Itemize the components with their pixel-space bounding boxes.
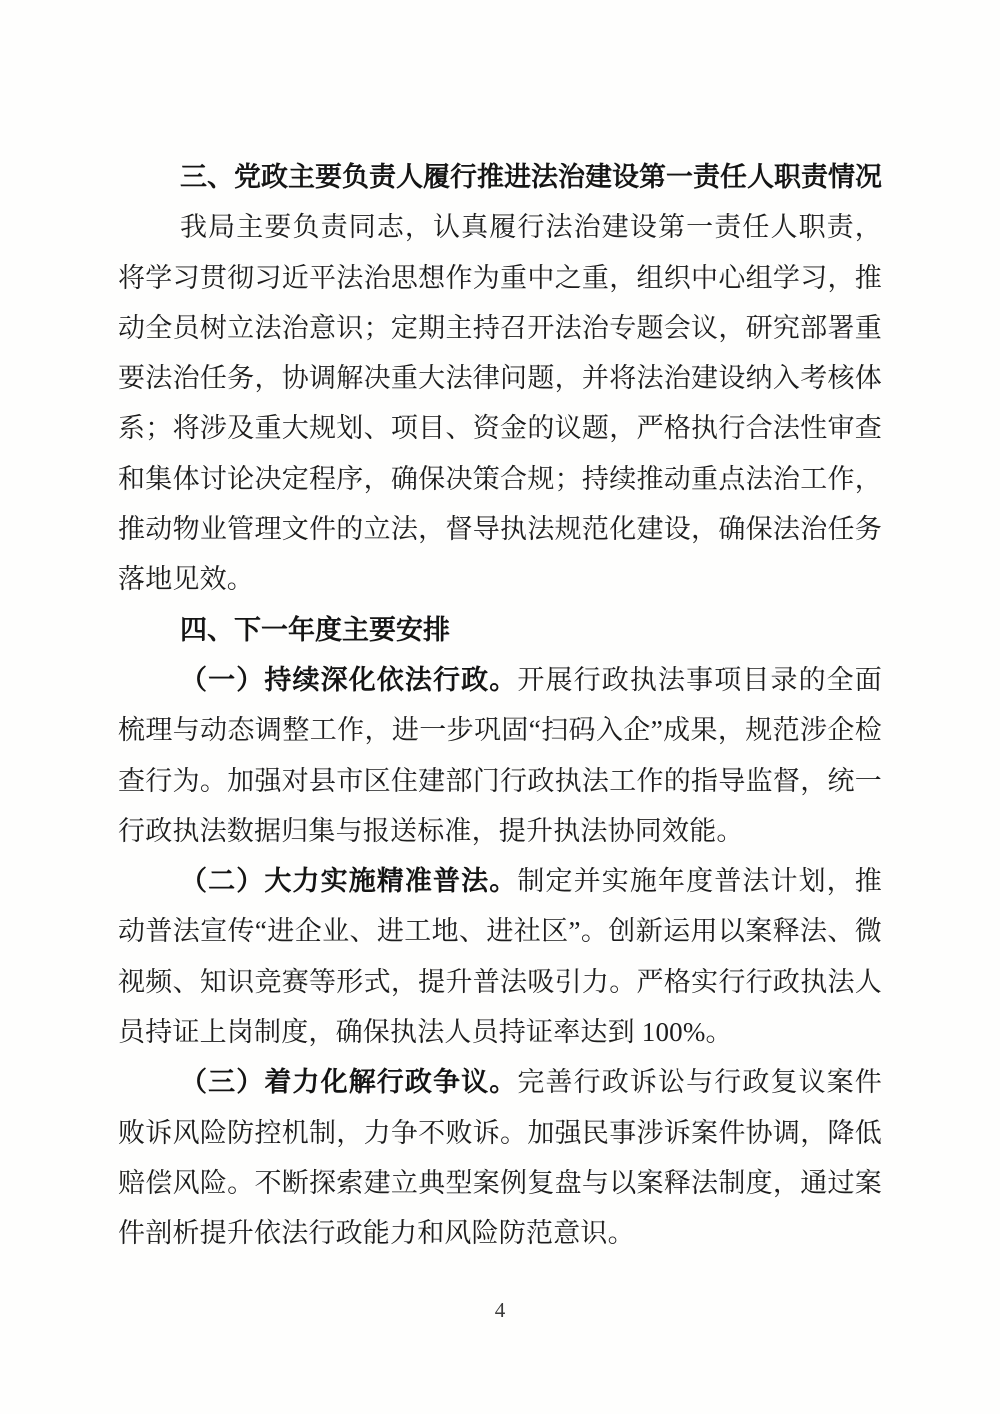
paragraph-plan-item-1: （一）持续深化依法行政。开展行政执法事项目录的全面梳理与动态调整工作，进一步巩固…: [118, 655, 882, 856]
paragraph-lead-deepen-administration: （一）持续深化依法行政。: [180, 665, 517, 695]
document-page: 三、党政主要负责人履行推进法治建设第一责任人职责情况 我局主要负责同志，认真履行…: [0, 0, 1000, 1414]
section-heading-party-responsibility: 三、党政主要负责人履行推进法治建设第一责任人职责情况: [118, 152, 882, 202]
document-content: 三、党政主要负责人履行推进法治建设第一责任人职责情况 我局主要负责同志，认真履行…: [118, 152, 882, 1259]
paragraph-plan-item-3: （三）着力化解行政争议。完善行政诉讼与行政复议案件败诉风险防控机制，力争不败诉。…: [118, 1057, 882, 1258]
paragraph-plan-item-2: （二）大力实施精准普法。制定并实施年度普法计划，推动普法宣传“进企业、进工地、进…: [118, 856, 882, 1057]
paragraph-lead-precise-law-popularization: （二）大力实施精准普法。: [180, 866, 517, 896]
section-heading-next-year-plan: 四、下一年度主要安排: [118, 605, 882, 655]
paragraph-responsibility-report: 我局主要负责同志，认真履行法治建设第一责任人职责，将学习贯彻习近平法治思想作为重…: [118, 202, 882, 604]
page-number: 4: [0, 1298, 1000, 1323]
paragraph-lead-resolve-disputes: （三）着力化解行政争议。: [180, 1067, 517, 1097]
